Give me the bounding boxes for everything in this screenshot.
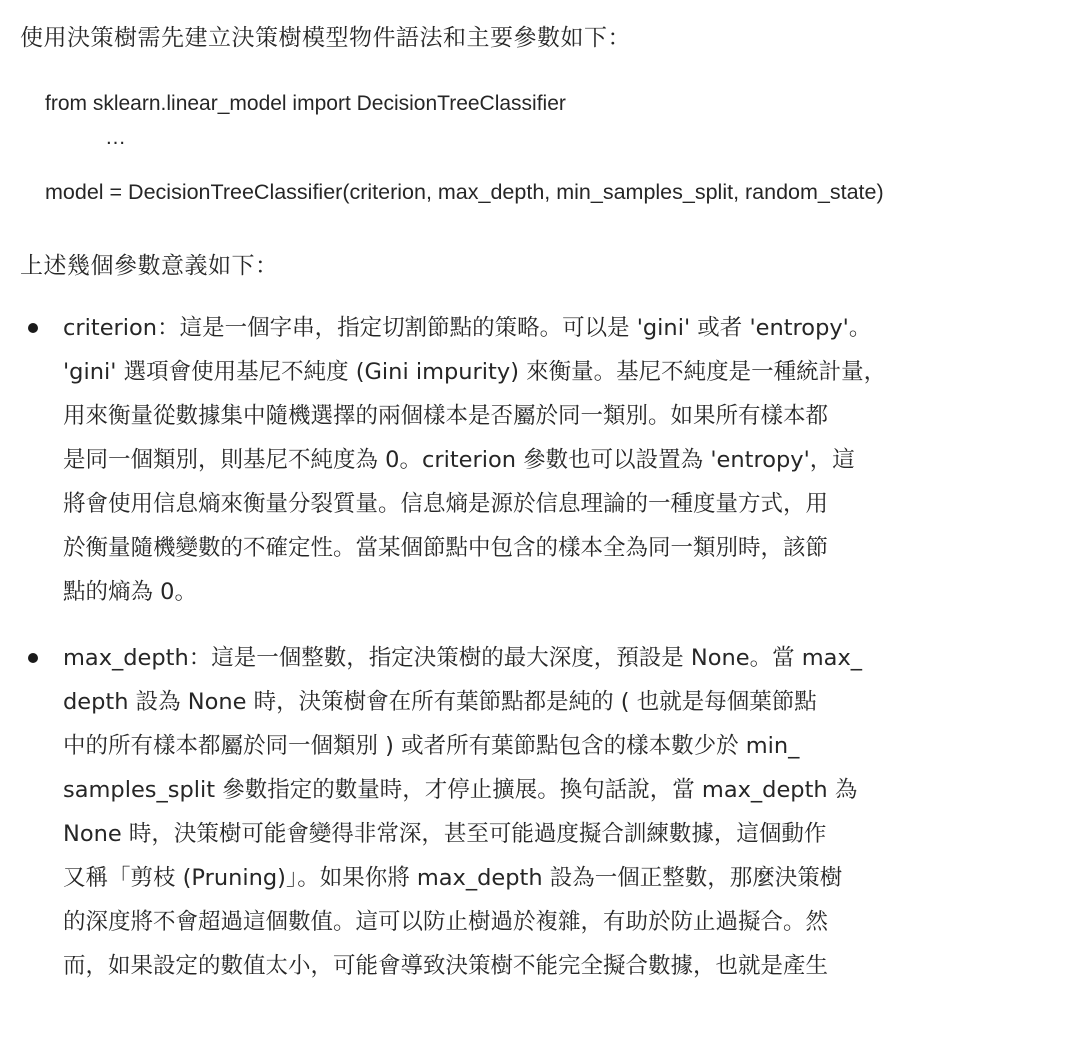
text-line: 於衡量隨機變數的不確定性。當某個節點中包含的樣本全為同一類別時，該節 <box>63 526 1063 570</box>
document-page: 使用決策樹需先建立決策樹模型物件語法和主要參數如下： from sklearn.… <box>0 0 1088 1057</box>
parameter-list: criterion：這是一個字串，指定切割節點的策略。可以是 'gini' 或者… <box>0 306 1088 1010</box>
bullet-icon <box>28 653 38 663</box>
code-block: from sklearn.linear_model import Decisio… <box>45 84 884 216</box>
text-line: 中的所有樣本都屬於同一個類別 ) 或者所有葉節點包含的樣本數少於 min_ <box>63 724 1063 768</box>
parameters-subheading: 上述幾個參數意義如下： <box>20 246 279 286</box>
text-line: 是同一個類別，則基尼不純度為 0。criterion 參數也可以設置為 'ent… <box>63 438 1063 482</box>
text-line: 點的熵為 0。 <box>63 570 1063 614</box>
bullet-icon <box>28 323 38 333</box>
text-line: max_depth：這是一個整數，指定決策樹的最大深度，預設是 None。當 m… <box>63 636 1063 680</box>
text-line: 'gini' 選項會使用基尼不純度 (Gini impurity) 來衡量。基尼… <box>63 350 1063 394</box>
code-ellipsis: … <box>45 128 884 172</box>
text-line: 的深度將不會超過這個數值。這可以防止樹過於複雜，有助於防止過擬合。然 <box>63 900 1063 944</box>
text-line: 而，如果設定的數值太小，可能會導致決策樹不能完全擬合數據，也就是產生 <box>63 944 1063 988</box>
text-line: depth 設為 None 時，決策樹會在所有葉節點都是純的 ( 也就是每個葉節… <box>63 680 1063 724</box>
text-line: criterion：這是一個字串，指定切割節點的策略。可以是 'gini' 或者… <box>63 306 1063 350</box>
text-line: samples_split 參數指定的數量時，才停止擴展。換句話說，當 max_… <box>63 768 1063 812</box>
text-line: 又稱「剪枝 (Pruning)」。如果你將 max_depth 設為一個正整數，… <box>63 856 1063 900</box>
text-line: 將會使用信息熵來衡量分裂質量。信息熵是源於信息理論的一種度量方式，用 <box>63 482 1063 526</box>
code-import-line: from sklearn.linear_model import Decisio… <box>45 84 884 128</box>
intro-paragraph: 使用決策樹需先建立決策樹模型物件語法和主要參數如下： <box>20 18 631 58</box>
text-line: 用來衡量從數據集中隨機選擇的兩個樣本是否屬於同一類別。如果所有樣本都 <box>63 394 1063 438</box>
parameter-item-criterion: criterion：這是一個字串，指定切割節點的策略。可以是 'gini' 或者… <box>0 306 1063 614</box>
code-model-line: model = DecisionTreeClassifier(criterion… <box>45 172 884 216</box>
text-line: None 時，決策樹可能會變得非常深，甚至可能過度擬合訓練數據，這個動作 <box>63 812 1063 856</box>
parameter-item-max-depth: max_depth：這是一個整數，指定決策樹的最大深度，預設是 None。當 m… <box>0 636 1063 988</box>
